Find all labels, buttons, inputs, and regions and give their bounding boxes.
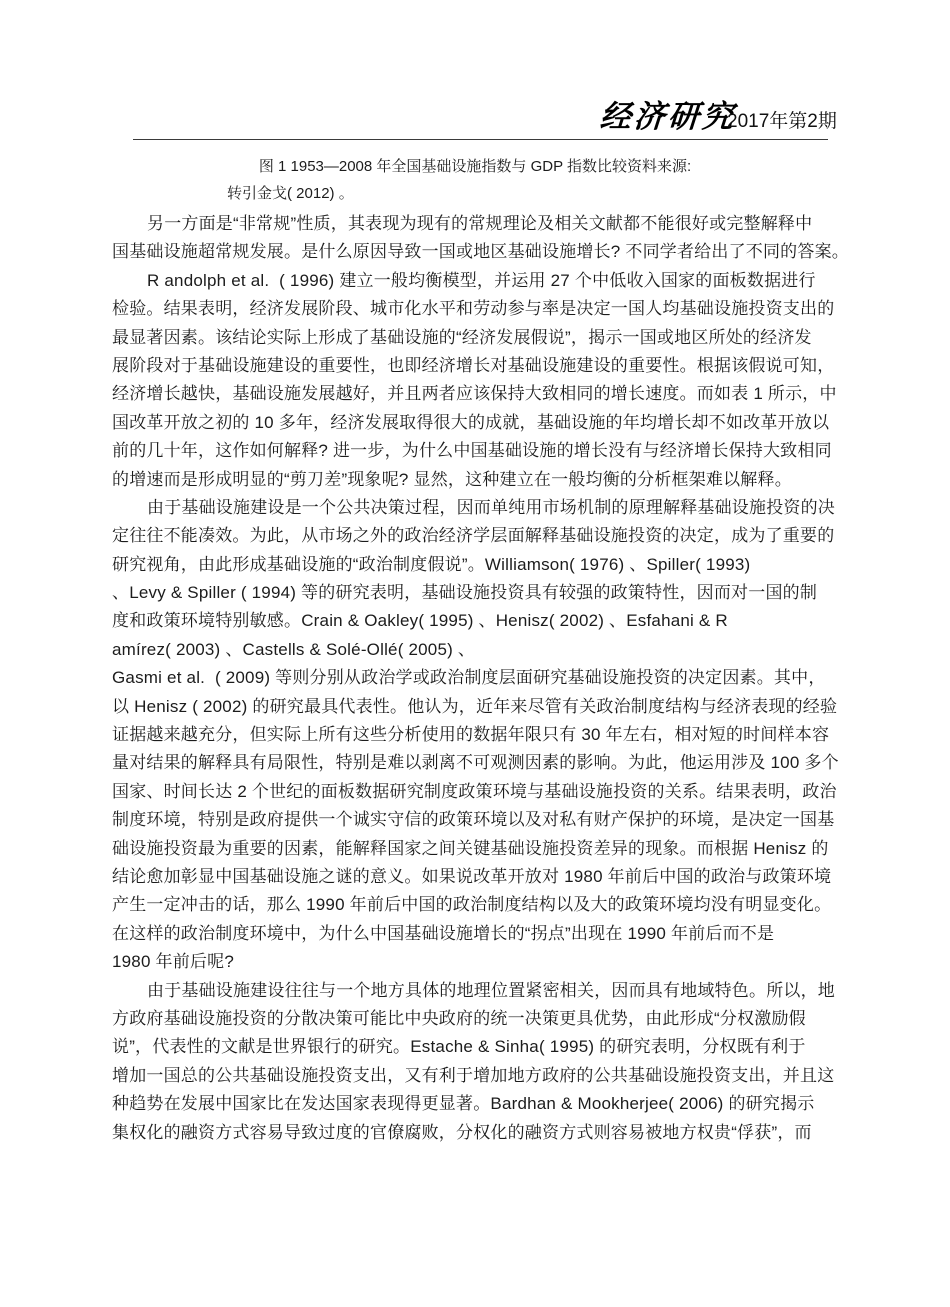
body-line: 制度环境，特别是政府提供一个诚实守信的政策环境以及对私有财产保护的环境，是决定一…: [112, 806, 848, 834]
body-line: 国家、时间长达 2 个世纪的面板数据研究制度政策环境与基础设施投资的关系。结果表…: [112, 778, 848, 806]
body-line: 结论愈加彰显中国基础设施之谜的意义。如果说改革开放对 1980 年前后中国的政治…: [112, 863, 848, 891]
body-line: 国基础设施超常规发展。是什么原因导致一国或地区基础设施增长? 不同学者给出了不同…: [112, 238, 848, 266]
body-line: 产生一定冲击的话，那么 1990 年前后中国的政治制度结构以及大的政策环境均没有…: [112, 891, 848, 919]
body-line: 在这样的政治制度环境中，为什么中国基础设施增长的“拐点”出现在 1990 年前后…: [112, 920, 848, 948]
body-line: 、Levy & Spiller ( 1994) 等的研究表明，基础设施投资具有较…: [112, 579, 848, 607]
body-line: 由于基础设施建设往往与一个地方具体的地理位置紧密相关，因而具有地域特色。所以，地: [112, 977, 848, 1005]
issue-label: 2017年第2期: [727, 108, 837, 136]
body-line: 方政府基础设施投资的分散决策可能比中央政府的统一决策更具优势，由此形成“分权激励…: [112, 1005, 848, 1033]
body-line: 度和政策环境特别敏感。Crain & Oakley( 1995) 、Henisz…: [112, 607, 848, 635]
figure-caption-line1: 图 1 1953—2008 年全国基础设施指数与 GDP 指数比较资料来源:: [0, 157, 950, 177]
figure-caption-line2: 转引金戈( 2012) 。: [227, 184, 354, 204]
article-body: 另一方面是“非常规”性质，其表现为现有的常规理论及相关文献都不能很好或完整解释中…: [112, 210, 848, 1147]
article-page: 经济研究 2017年第2期 图 1 1953—2008 年全国基础设施指数与 G…: [0, 0, 950, 1307]
body-line: 的增速而是形成明显的“剪刀差”现象呢? 显然，这种建立在一般均衡的分析框架难以解…: [112, 466, 848, 494]
body-line: 国改革开放之初的 10 多年，经济发展取得很大的成就，基础设施的年均增长却不如改…: [112, 409, 848, 437]
body-line: 证据越来越充分，但实际上所有这些分析使用的数据年限只有 30 年左右，相对短的时…: [112, 721, 848, 749]
body-line: 最显著因素。该结论实际上形成了基础设施的“经济发展假说”，揭示一国或地区所处的经…: [112, 324, 848, 352]
header-divider: [133, 139, 828, 140]
body-line: 由于基础设施建设是一个公共决策过程，因而单纯用市场机制的原理解释基础设施投资的决: [112, 494, 848, 522]
body-line: 另一方面是“非常规”性质，其表现为现有的常规理论及相关文献都不能很好或完整解释中: [112, 210, 848, 238]
body-line: 经济增长越快，基础设施发展越好，并且两者应该保持大致相同的增长速度。而如表 1 …: [112, 380, 848, 408]
body-line: R andolph et al. ( 1996) 建立一般均衡模型，并运用 27…: [112, 267, 848, 295]
body-line: 集权化的融资方式容易导致过度的官僚腐败，分权化的融资方式则容易被地方权贵“俘获”…: [112, 1119, 848, 1147]
body-line: 展阶段对于基础设施建设的重要性，也即经济增长对基础设施建设的重要性。根据该假说可…: [112, 352, 848, 380]
body-line: 检验。结果表明，经济发展阶段、城市化水平和劳动参与率是决定一国人均基础设施投资支…: [112, 295, 848, 323]
body-line: 增加一国总的公共基础设施投资支出，又有利于增加地方政府的公共基础设施投资支出，并…: [112, 1062, 848, 1090]
body-line: 定往往不能凑效。为此，从市场之外的政治经济学层面解释基础设施投资的决定，成为了重…: [112, 522, 848, 550]
body-line: 说”，代表性的文献是世界银行的研究。Estache & Sinha( 1995)…: [112, 1033, 848, 1061]
body-line: 以 Henisz ( 2002) 的研究最具代表性。他认为，近年来尽管有关政治制…: [112, 693, 848, 721]
journal-logo: 经济研究: [599, 98, 738, 136]
body-line: 量对结果的解释具有局限性，特别是难以剥离不可观测因素的影响。为此，他运用涉及 1…: [112, 749, 848, 777]
body-line: 研究视角，由此形成基础设施的“政治制度假说”。Williamson( 1976)…: [112, 551, 848, 579]
body-line: 础设施投资最为重要的因素，能解释国家之间关键基础设施投资差异的现象。而根据 He…: [112, 835, 848, 863]
body-line: Gasmi et al. ( 2009) 等则分别从政治学或政治制度层面研究基础…: [112, 664, 848, 692]
body-line: 前的几十年，这作如何解释? 进一步，为什么中国基础设施的增长没有与经济增长保持大…: [112, 437, 848, 465]
body-line: 种趋势在发展中国家比在发达国家表现得更显著。Bardhan & Mookherj…: [112, 1090, 848, 1118]
body-line: 1980 年前后呢?: [112, 948, 848, 976]
body-line: amírez( 2003) 、Castells & Solé-Ollé( 200…: [112, 636, 848, 664]
